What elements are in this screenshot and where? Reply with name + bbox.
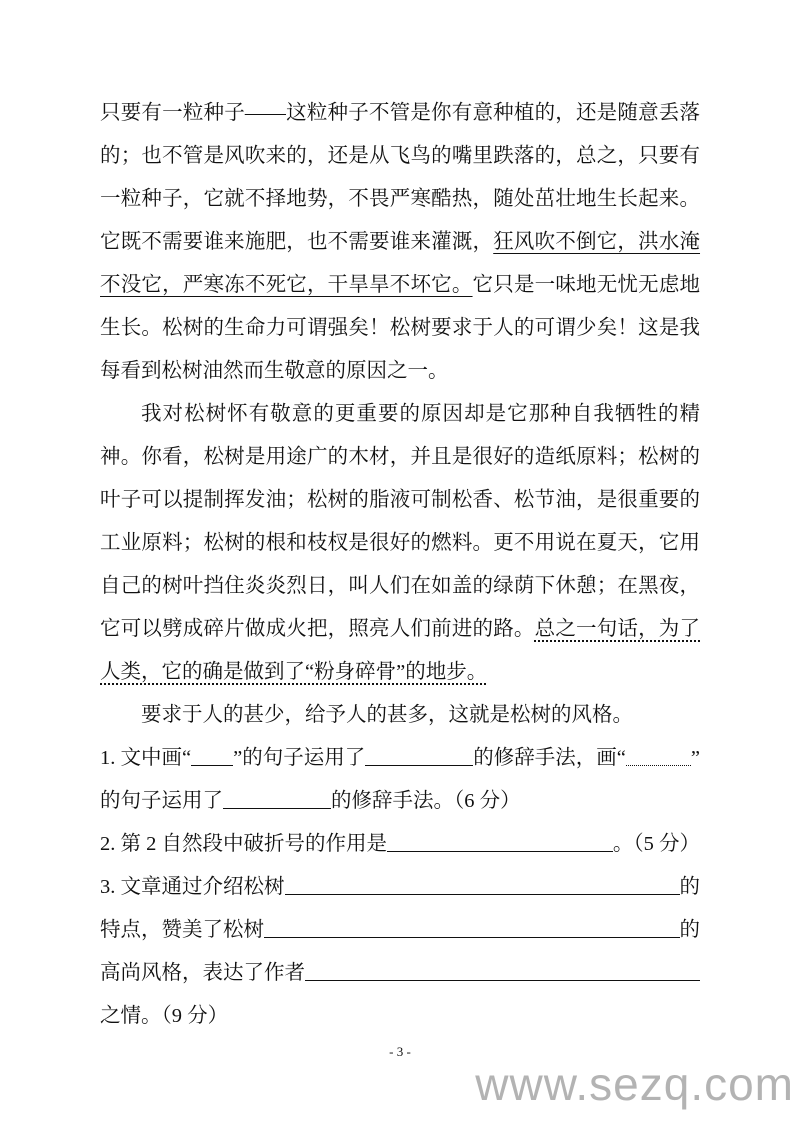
question-1-line-2: 的句子运用了的修辞手法。（6 分） — [100, 780, 700, 823]
answer-blank-quoted-dotted — [626, 763, 691, 766]
question-text: 之情。（9 分） — [100, 995, 228, 1038]
question-text: ”的句子运用了 — [233, 737, 365, 780]
answer-blank-praise — [264, 935, 680, 938]
question-text: 2. 第 2 自然段中破折号的作用是 — [100, 823, 387, 866]
paragraph-pine-style: 要求于人的甚少，给予人的甚多，这就是松树的风格。 — [100, 694, 700, 737]
question-text: 。（5 分） — [613, 823, 700, 866]
question-3-line-3: 高尚风格，表达了作者 — [100, 952, 700, 995]
paragraph-text: 要求于人的甚少，给予人的甚多，这就是松树的风格。 — [141, 704, 633, 726]
question-text: ” — [691, 737, 700, 780]
document-page: 只要有一粒种子——这粒种子不管是你有意种植的，还是随意丢落的；也不管是风吹来的，… — [100, 92, 700, 1038]
question-text: 特点，赞美了松树 — [100, 909, 264, 952]
site-watermark: www.sezq.com — [475, 1058, 794, 1110]
paragraph-self-sacrifice: 我对松树怀有敬意的更重要的原因却是它那种自我牺牲的精神。你看，松树是用途广的木材… — [100, 393, 700, 694]
question-text: 的句子运用了 — [100, 780, 223, 823]
question-text: 的修辞手法。（6 分） — [331, 780, 521, 823]
question-3-line-4: 之情。（9 分） — [100, 995, 700, 1038]
answer-blank-rhetoric-1 — [365, 763, 473, 766]
answer-blank-characteristics — [285, 892, 680, 895]
answer-blank-dash-function — [387, 849, 613, 852]
answer-blank-rhetoric-2 — [223, 806, 331, 809]
question-text: 的 — [680, 909, 701, 952]
paragraph-seed-vitality: 只要有一粒种子——这粒种子不管是你有意种植的，还是随意丢落的；也不管是风吹来的，… — [100, 92, 700, 393]
question-2-line: 2. 第 2 自然段中破折号的作用是。（5 分） — [100, 823, 700, 866]
answer-blank-author-feeling — [305, 978, 700, 981]
paragraph-text: 我对松树怀有敬意的更重要的原因却是它那种自我牺牲的精神。你看，松树是用途广的木材… — [100, 403, 700, 640]
question-text: 3. 文章通过介绍松树 — [100, 866, 285, 909]
question-text: 的 — [680, 866, 701, 909]
question-3-line-2: 特点，赞美了松树的 — [100, 909, 700, 952]
question-3-line-1: 3. 文章通过介绍松树的 — [100, 866, 700, 909]
question-text: 的修辞手法，画“ — [473, 737, 626, 780]
question-text: 1. 文中画“ — [100, 737, 191, 780]
question-1-line-1: 1. 文中画“”的句子运用了的修辞手法，画“” — [100, 737, 700, 780]
question-text: 高尚风格，表达了作者 — [100, 952, 305, 995]
answer-blank-quoted-solid — [191, 763, 233, 766]
